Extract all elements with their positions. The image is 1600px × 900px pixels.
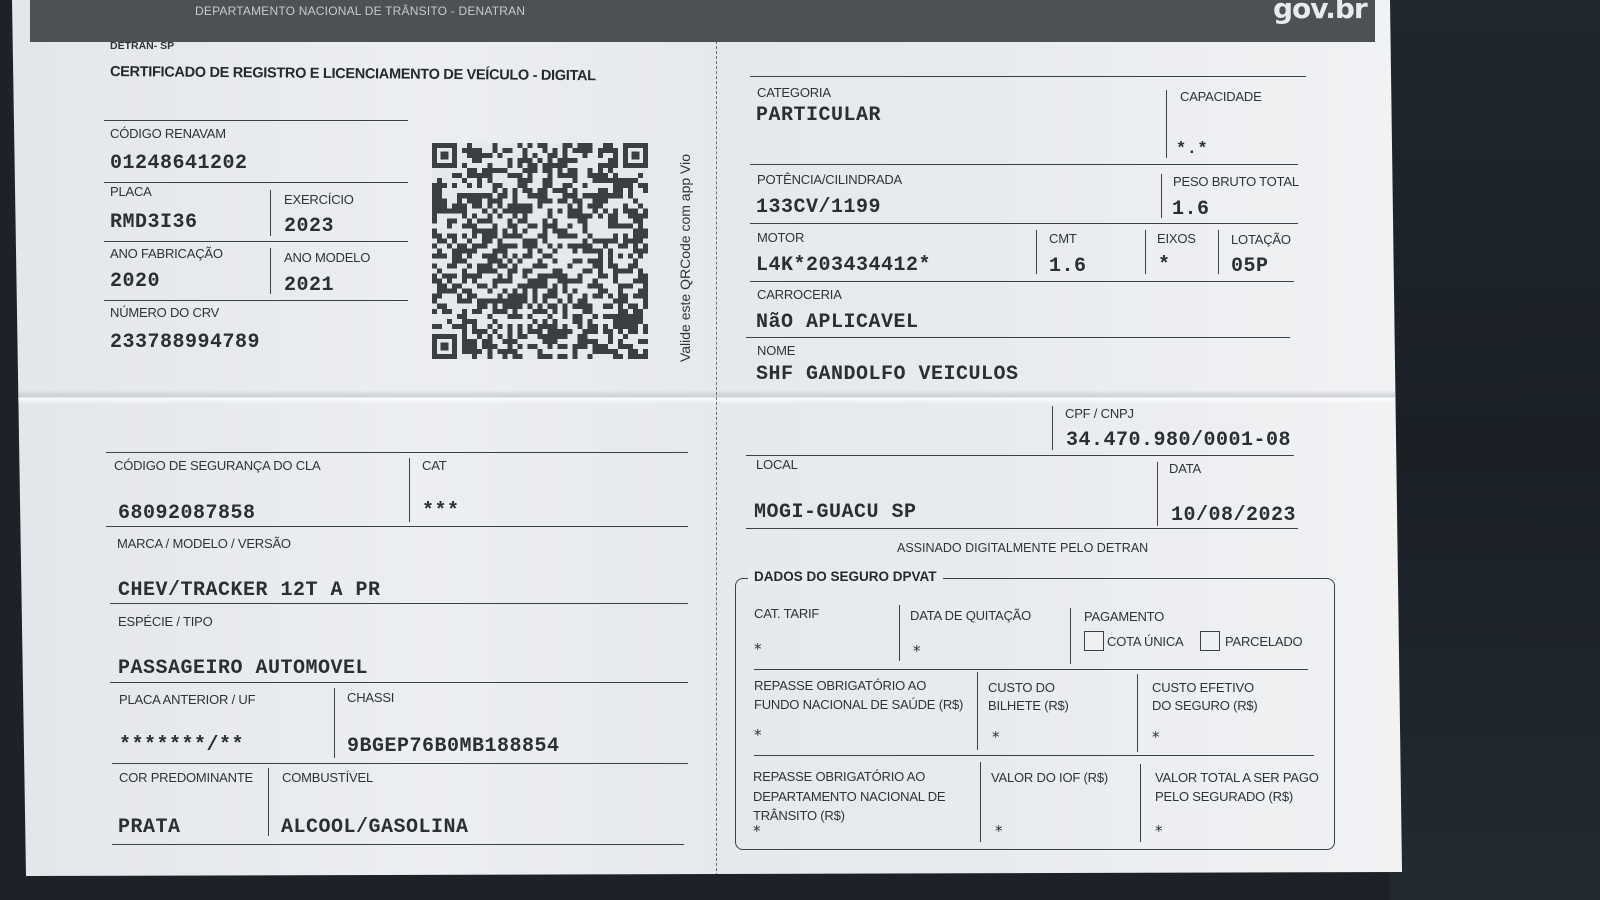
- renavam-value: 01248641202: [110, 152, 248, 175]
- custo-efetivo-label-2: DO SEGURO (R$): [1152, 698, 1258, 713]
- placa-anterior-label: PLACA ANTERIOR / UF: [119, 692, 255, 707]
- valor-total-label-1: VALOR TOTAL A SER PAGO: [1155, 770, 1319, 785]
- repasse-denatran-value: *: [753, 822, 761, 840]
- qr-code[interactable]: [432, 142, 648, 360]
- ano-modelo-value: 2021: [284, 274, 334, 297]
- custo-bilhete-label-1: CUSTO DO: [988, 680, 1055, 695]
- cat-tarif-value: *: [754, 640, 762, 658]
- potencia-value: 133CV/1199: [756, 196, 881, 219]
- motor-value: L4K*203434412*: [756, 254, 931, 277]
- cat-value: ***: [422, 500, 460, 523]
- nome-value: SHF GANDOLFO VEICULOS: [756, 363, 1019, 386]
- valor-total-label-2: PELO SEGURADO (R$): [1155, 789, 1293, 804]
- qr-caption: Valide este QRCode com app Vio: [677, 143, 693, 373]
- lotacao-label: LOTAÇÃO: [1231, 232, 1291, 247]
- parcelado-checkbox[interactable]: [1200, 631, 1220, 651]
- cmt-label: CMT: [1049, 231, 1077, 246]
- nome-label: NOME: [757, 343, 795, 358]
- custo-efetivo-value: *: [1152, 728, 1160, 746]
- header-bar: DEPARTAMENTO NACIONAL DE TRÂNSITO - DENA…: [30, 0, 1375, 42]
- marca-modelo-value: CHEV/TRACKER 12T A PR: [118, 579, 381, 602]
- chassi-label: CHASSI: [347, 690, 394, 705]
- data-label: DATA: [1169, 461, 1201, 476]
- data-quitacao-value: *: [913, 642, 921, 660]
- background-surface: [1390, 0, 1600, 900]
- placa-value: RMD3I36: [110, 211, 198, 234]
- header-department: DEPARTAMENTO NACIONAL DE TRÂNSITO - DENA…: [195, 4, 525, 18]
- marca-modelo-label: MARCA / MODELO / VERSÃO: [117, 536, 291, 551]
- categoria-value: PARTICULAR: [756, 104, 881, 127]
- carroceria-label: CARROCERIA: [757, 287, 842, 302]
- capacidade-value: *.*: [1176, 140, 1208, 159]
- valor-total-value: *: [1155, 822, 1163, 840]
- repasse-fns-value: *: [754, 726, 762, 744]
- data-quitacao-label: DATA DE QUITAÇÃO: [910, 608, 1031, 623]
- crv-label: NÚMERO DO CRV: [110, 305, 219, 320]
- data-value: 10/08/2023: [1171, 504, 1296, 527]
- renavam-label: CÓDIGO RENAVAM: [110, 126, 226, 141]
- repasse-denatran-label-3: TRÂNSITO (R$): [753, 808, 845, 823]
- cota-unica-label: COTA ÚNICA: [1107, 634, 1184, 649]
- issuer: DETRAN- SP: [110, 40, 174, 52]
- crv-value: 233788994789: [110, 331, 260, 354]
- codigo-seguranca-value: 68092087858: [118, 502, 256, 525]
- placa-anterior-value: *******/**: [119, 734, 244, 757]
- cpf-cnpj-label: CPF / CNPJ: [1065, 406, 1134, 421]
- local-label: LOCAL: [756, 457, 798, 472]
- repasse-denatran-label-1: REPASSE OBRIGATÓRIO AO: [753, 769, 925, 784]
- placa-label: PLACA: [110, 184, 152, 199]
- ano-fabricacao-label: ANO FABRICAÇÃO: [110, 246, 223, 261]
- cmt-value: 1.6: [1049, 255, 1087, 278]
- govbr-logo: gov.br: [1273, 0, 1367, 25]
- local-value: MOGI-GUACU SP: [754, 501, 917, 524]
- combustivel-value: ALCOOL/GASOLINA: [281, 816, 469, 839]
- lotacao-value: 05P: [1231, 255, 1269, 278]
- ano-fabricacao-value: 2020: [110, 270, 160, 293]
- custo-efetivo-label-1: CUSTO EFETIVO: [1152, 680, 1254, 695]
- especie-tipo-label: ESPÉCIE / TIPO: [118, 614, 213, 629]
- codigo-seguranca-label: CÓDIGO DE SEGURANÇA DO CLA: [114, 458, 320, 473]
- dpvat-title: DADOS DO SEGURO DPVAT: [748, 569, 943, 584]
- paper-fold-horizontal: [12, 390, 1402, 404]
- cor-label: COR PREDOMINANTE: [119, 770, 253, 785]
- carroceria-value: NãO APLICAVEL: [756, 311, 919, 334]
- valor-iof-value: *: [995, 822, 1003, 840]
- categoria-label: CATEGORIA: [757, 85, 831, 100]
- pagamento-label: PAGAMENTO: [1084, 609, 1164, 624]
- cota-unica-checkbox[interactable]: [1084, 631, 1104, 651]
- cat-tarif-label: CAT. TARIF: [754, 606, 819, 621]
- potencia-label: POTÊNCIA/CILINDRADA: [757, 172, 902, 187]
- custo-bilhete-label-2: BILHETE (R$): [988, 698, 1069, 713]
- peso-bruto-value: 1.6: [1172, 198, 1210, 221]
- repasse-fns-label-1: REPASSE OBRIGATÓRIO AO: [754, 678, 926, 693]
- signed-note: ASSINADO DIGITALMENTE PELO DETRAN: [897, 541, 1148, 555]
- eixos-label: EIXOS: [1157, 231, 1196, 246]
- repasse-fns-label-2: FUNDO NACIONAL DE SAÚDE (R$): [754, 697, 963, 712]
- eixos-value: *: [1158, 254, 1171, 277]
- chassi-value: 9BGEP76B0MB188854: [347, 735, 560, 758]
- combustivel-label: COMBUSTÍVEL: [282, 770, 373, 785]
- cor-value: PRATA: [118, 816, 181, 839]
- especie-tipo-value: PASSAGEIRO AUTOMOVEL: [118, 657, 368, 680]
- custo-bilhete-value: *: [992, 728, 1000, 746]
- cat-label: CAT: [422, 458, 446, 473]
- cpf-cnpj-value: 34.470.980/0001-08: [1066, 429, 1291, 452]
- motor-label: MOTOR: [757, 230, 804, 245]
- ano-modelo-label: ANO MODELO: [284, 250, 370, 265]
- parcelado-label: PARCELADO: [1225, 634, 1302, 649]
- exercicio-value: 2023: [284, 215, 334, 238]
- capacidade-label: CAPACIDADE: [1180, 89, 1262, 104]
- exercicio-label: EXERCÍCIO: [284, 192, 354, 207]
- peso-bruto-label: PESO BRUTO TOTAL: [1173, 174, 1299, 189]
- paper-fold-vertical: [716, 36, 717, 876]
- repasse-denatran-label-2: DEPARTAMENTO NACIONAL DE: [753, 789, 945, 804]
- valor-iof-label: VALOR DO IOF (R$): [991, 770, 1108, 785]
